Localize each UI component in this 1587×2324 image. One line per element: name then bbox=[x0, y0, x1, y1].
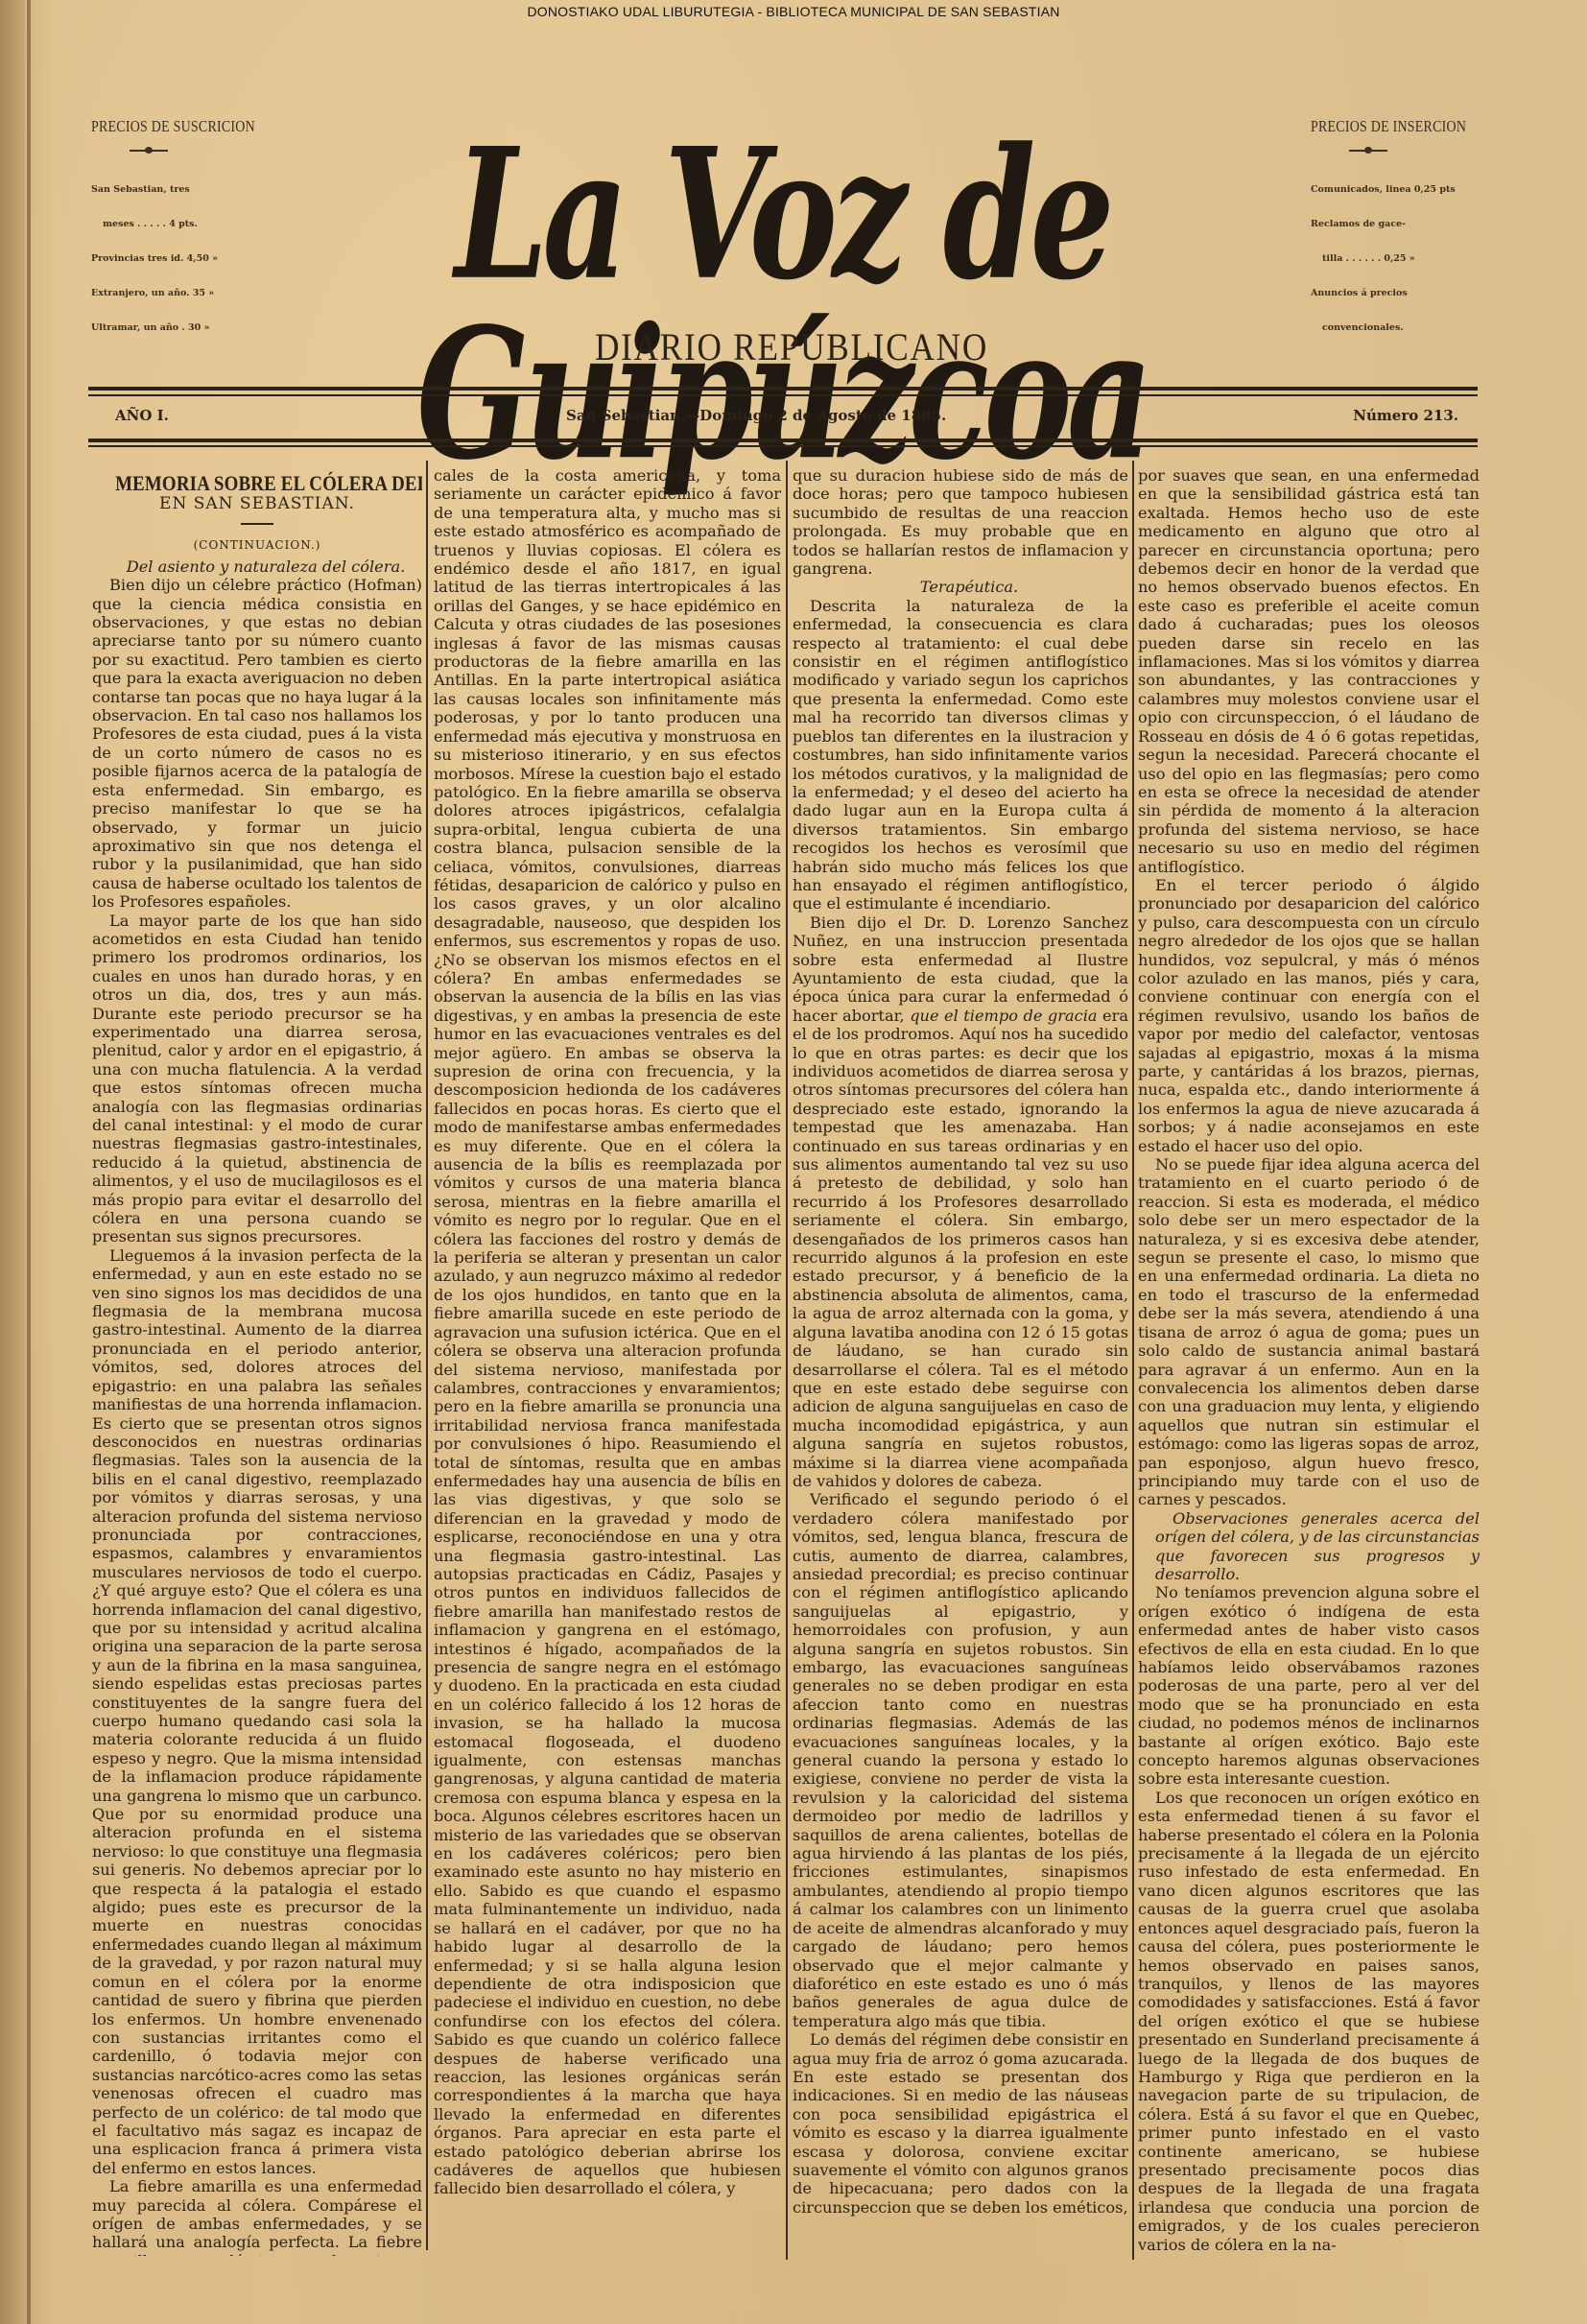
section-heading: Del asiento y naturaleza del cólera. bbox=[92, 557, 422, 576]
paragraph: por suaves que sean, en una enfermedad e… bbox=[1138, 466, 1480, 876]
library-banner: DONOSTIAKO UDAL LIBURUTEGIA - BIBLIOTECA… bbox=[0, 4, 1587, 19]
paragraph: Descrita la naturaleza de la enfermedad,… bbox=[793, 597, 1128, 913]
subscription-row: Provincias tres id. 4,50 » bbox=[91, 242, 264, 276]
insertion-row: convencionales. bbox=[1311, 311, 1488, 345]
paragraph: No se puede fijar idea alguna acerca del… bbox=[1138, 1155, 1480, 1509]
paragraph: que su duracion hubiese sido de más de d… bbox=[793, 466, 1128, 578]
insertion-row: Anuncios á precios bbox=[1311, 276, 1488, 311]
paragraph: En el tercer periodo ó álgido pronunciad… bbox=[1138, 876, 1480, 1155]
paragraph-text: era el de los prodromos. Aquí nos ha suc… bbox=[793, 1007, 1128, 1490]
continuation-label: (CONTINUACION.) bbox=[92, 536, 422, 555]
page-binding-edge bbox=[27, 0, 31, 2324]
masthead-rule bbox=[88, 394, 1478, 396]
article-title: MEMORIA SOBRE EL CÓLERA DEL AÑO 34 bbox=[115, 472, 399, 495]
paragraph: Bien dijo un célebre práctico (Hofman) q… bbox=[92, 576, 422, 911]
column-1: MEMORIA SOBRE EL CÓLERA DEL AÑO 34 EN SA… bbox=[92, 466, 422, 2256]
subscription-heading: PRECIOS DE SUSCRICION bbox=[91, 117, 233, 136]
article-subtitle: EN SAN SEBASTIAN. bbox=[92, 495, 422, 513]
paragraph: La fiebre amarilla es una enfermedad muy… bbox=[92, 2177, 422, 2256]
column-divider bbox=[786, 461, 788, 2260]
insertion-row: tilla . . . . . . 0,25 » bbox=[1311, 242, 1488, 276]
paragraph: cales de la costa americana, y toma seri… bbox=[434, 466, 781, 2198]
title-rule bbox=[241, 523, 273, 525]
place-date: San Sebastian.—Domingo 2 de Agosto de 18… bbox=[566, 407, 946, 424]
ornament-icon bbox=[1349, 150, 1387, 152]
subscription-row: Extranjero, un año. 35 » bbox=[91, 276, 264, 311]
paragraph: Lo demás del régimen debe consistir en a… bbox=[793, 2030, 1128, 2217]
column-divider bbox=[426, 461, 428, 2250]
insertion-row: Comunicados, linea 0,25 pts bbox=[1311, 173, 1488, 207]
section-heading: Observaciones generales acerca del oríge… bbox=[1138, 1509, 1480, 1584]
paragraph: Bien dijo el Dr. D. Lorenzo Sanchez Nuñe… bbox=[793, 913, 1128, 1491]
dateline-rule bbox=[88, 445, 1478, 447]
paragraph: Lleguemos á la invasion perfecta de la e… bbox=[92, 1246, 422, 2177]
dateline-rule bbox=[88, 439, 1478, 442]
insertion-prices: PRECIOS DE INSERCION Comunicados, linea … bbox=[1311, 117, 1488, 345]
insertion-heading: PRECIOS DE INSERCION bbox=[1311, 117, 1457, 136]
subscription-prices: PRECIOS DE SUSCRICION San Sebastian, tre… bbox=[91, 117, 264, 345]
dateline: AÑO I. San Sebastian.—Domingo 2 de Agost… bbox=[115, 407, 1458, 432]
paragraph: Verificado el segundo periodo ó el verda… bbox=[793, 1490, 1128, 2030]
column-2: cales de la costa americana, y toma seri… bbox=[434, 466, 781, 2256]
column-3: que su duracion hubiese sido de más de d… bbox=[793, 466, 1128, 2256]
column-4: por suaves que sean, en una enfermedad e… bbox=[1138, 466, 1480, 2256]
year-label: AÑO I. bbox=[115, 407, 169, 424]
section-heading: Terapéutica. bbox=[793, 578, 1128, 596]
subscription-row: Ultramar, un año . 30 » bbox=[91, 311, 264, 345]
newspaper-subtitle: DIARIO REPUBLICANO bbox=[568, 324, 1015, 369]
masthead-rule bbox=[88, 387, 1478, 391]
ornament-icon bbox=[130, 150, 168, 152]
page-binding-shadow bbox=[0, 0, 25, 2324]
paragraph: Los que reconocen un orígen exótico en e… bbox=[1138, 1789, 1480, 2254]
column-divider bbox=[1132, 461, 1134, 2260]
subscription-row: San Sebastian, tres bbox=[91, 173, 264, 207]
paragraph: La mayor parte de los que han sido acome… bbox=[92, 912, 422, 1246]
paragraph: No teníamos prevencion alguna sobre el o… bbox=[1138, 1583, 1480, 1788]
subscription-row: meses . . . . . 4 pts. bbox=[91, 207, 264, 242]
italic-phrase: que el tiempo de gracia bbox=[910, 1007, 1097, 1025]
insertion-row: Reclamos de gace- bbox=[1311, 207, 1488, 242]
issue-number: Número 213. bbox=[1353, 407, 1458, 424]
